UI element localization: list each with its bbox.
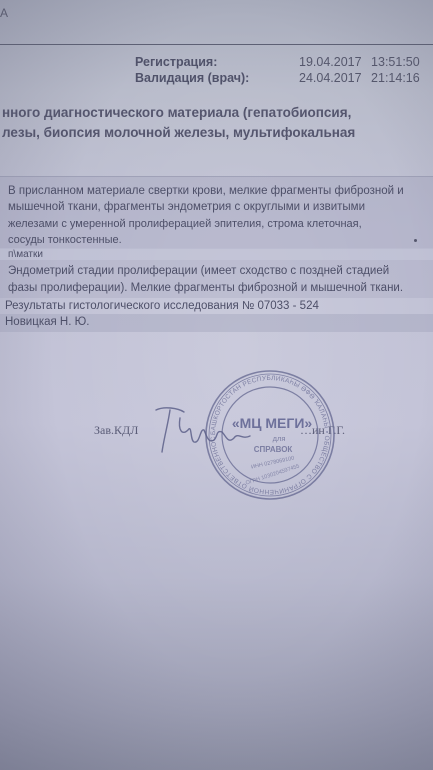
description-line-4: сосуды тонкостенные. (8, 234, 122, 246)
signature-icon (150, 400, 260, 460)
specimen-hint: п\матки (8, 249, 43, 260)
conclusion-line-2: фазы пролиферации). Мелкие фрагменты фиб… (8, 282, 403, 294)
registration-value: 19.04.2017 13:51:50 (299, 55, 420, 69)
material-heading-line-2: лезы, биопсия молочной железы, мультифок… (2, 125, 355, 140)
dot-mark (414, 239, 417, 242)
validation-value: 24.04.2017 21:14:16 (299, 71, 420, 85)
stamp-sub1: для (273, 434, 286, 443)
position-label: Зав.КДЛ (94, 423, 138, 438)
header-divider (0, 44, 433, 45)
validation-row: Валидация (врач): 24.04.2017 21:14:16 (0, 71, 433, 87)
registration-label: Регистрация: (135, 55, 217, 69)
specimen-band (0, 248, 433, 260)
results-line: Результаты гистологического исследования… (5, 300, 319, 312)
pathologist-name: Новицкая Н. Ю. (5, 316, 89, 328)
top-fragment: А (0, 6, 8, 20)
registration-row: Регистрация: 19.04.2017 13:51:50 (0, 55, 433, 71)
material-heading-line-1: нного диагностического материала (гепато… (2, 105, 351, 120)
validation-label: Валидация (врач): (135, 71, 249, 85)
conclusion-line-1: Эндометрий стадии пролиферации (имеет сх… (8, 265, 389, 277)
description-line-2: мышечной ткани, фрагменты эндометрия с о… (8, 201, 365, 213)
description-line-1: В присланном материале свертки крови, ме… (8, 185, 404, 197)
description-line-3: железами с умеренной пролиферацией эпите… (8, 218, 362, 230)
